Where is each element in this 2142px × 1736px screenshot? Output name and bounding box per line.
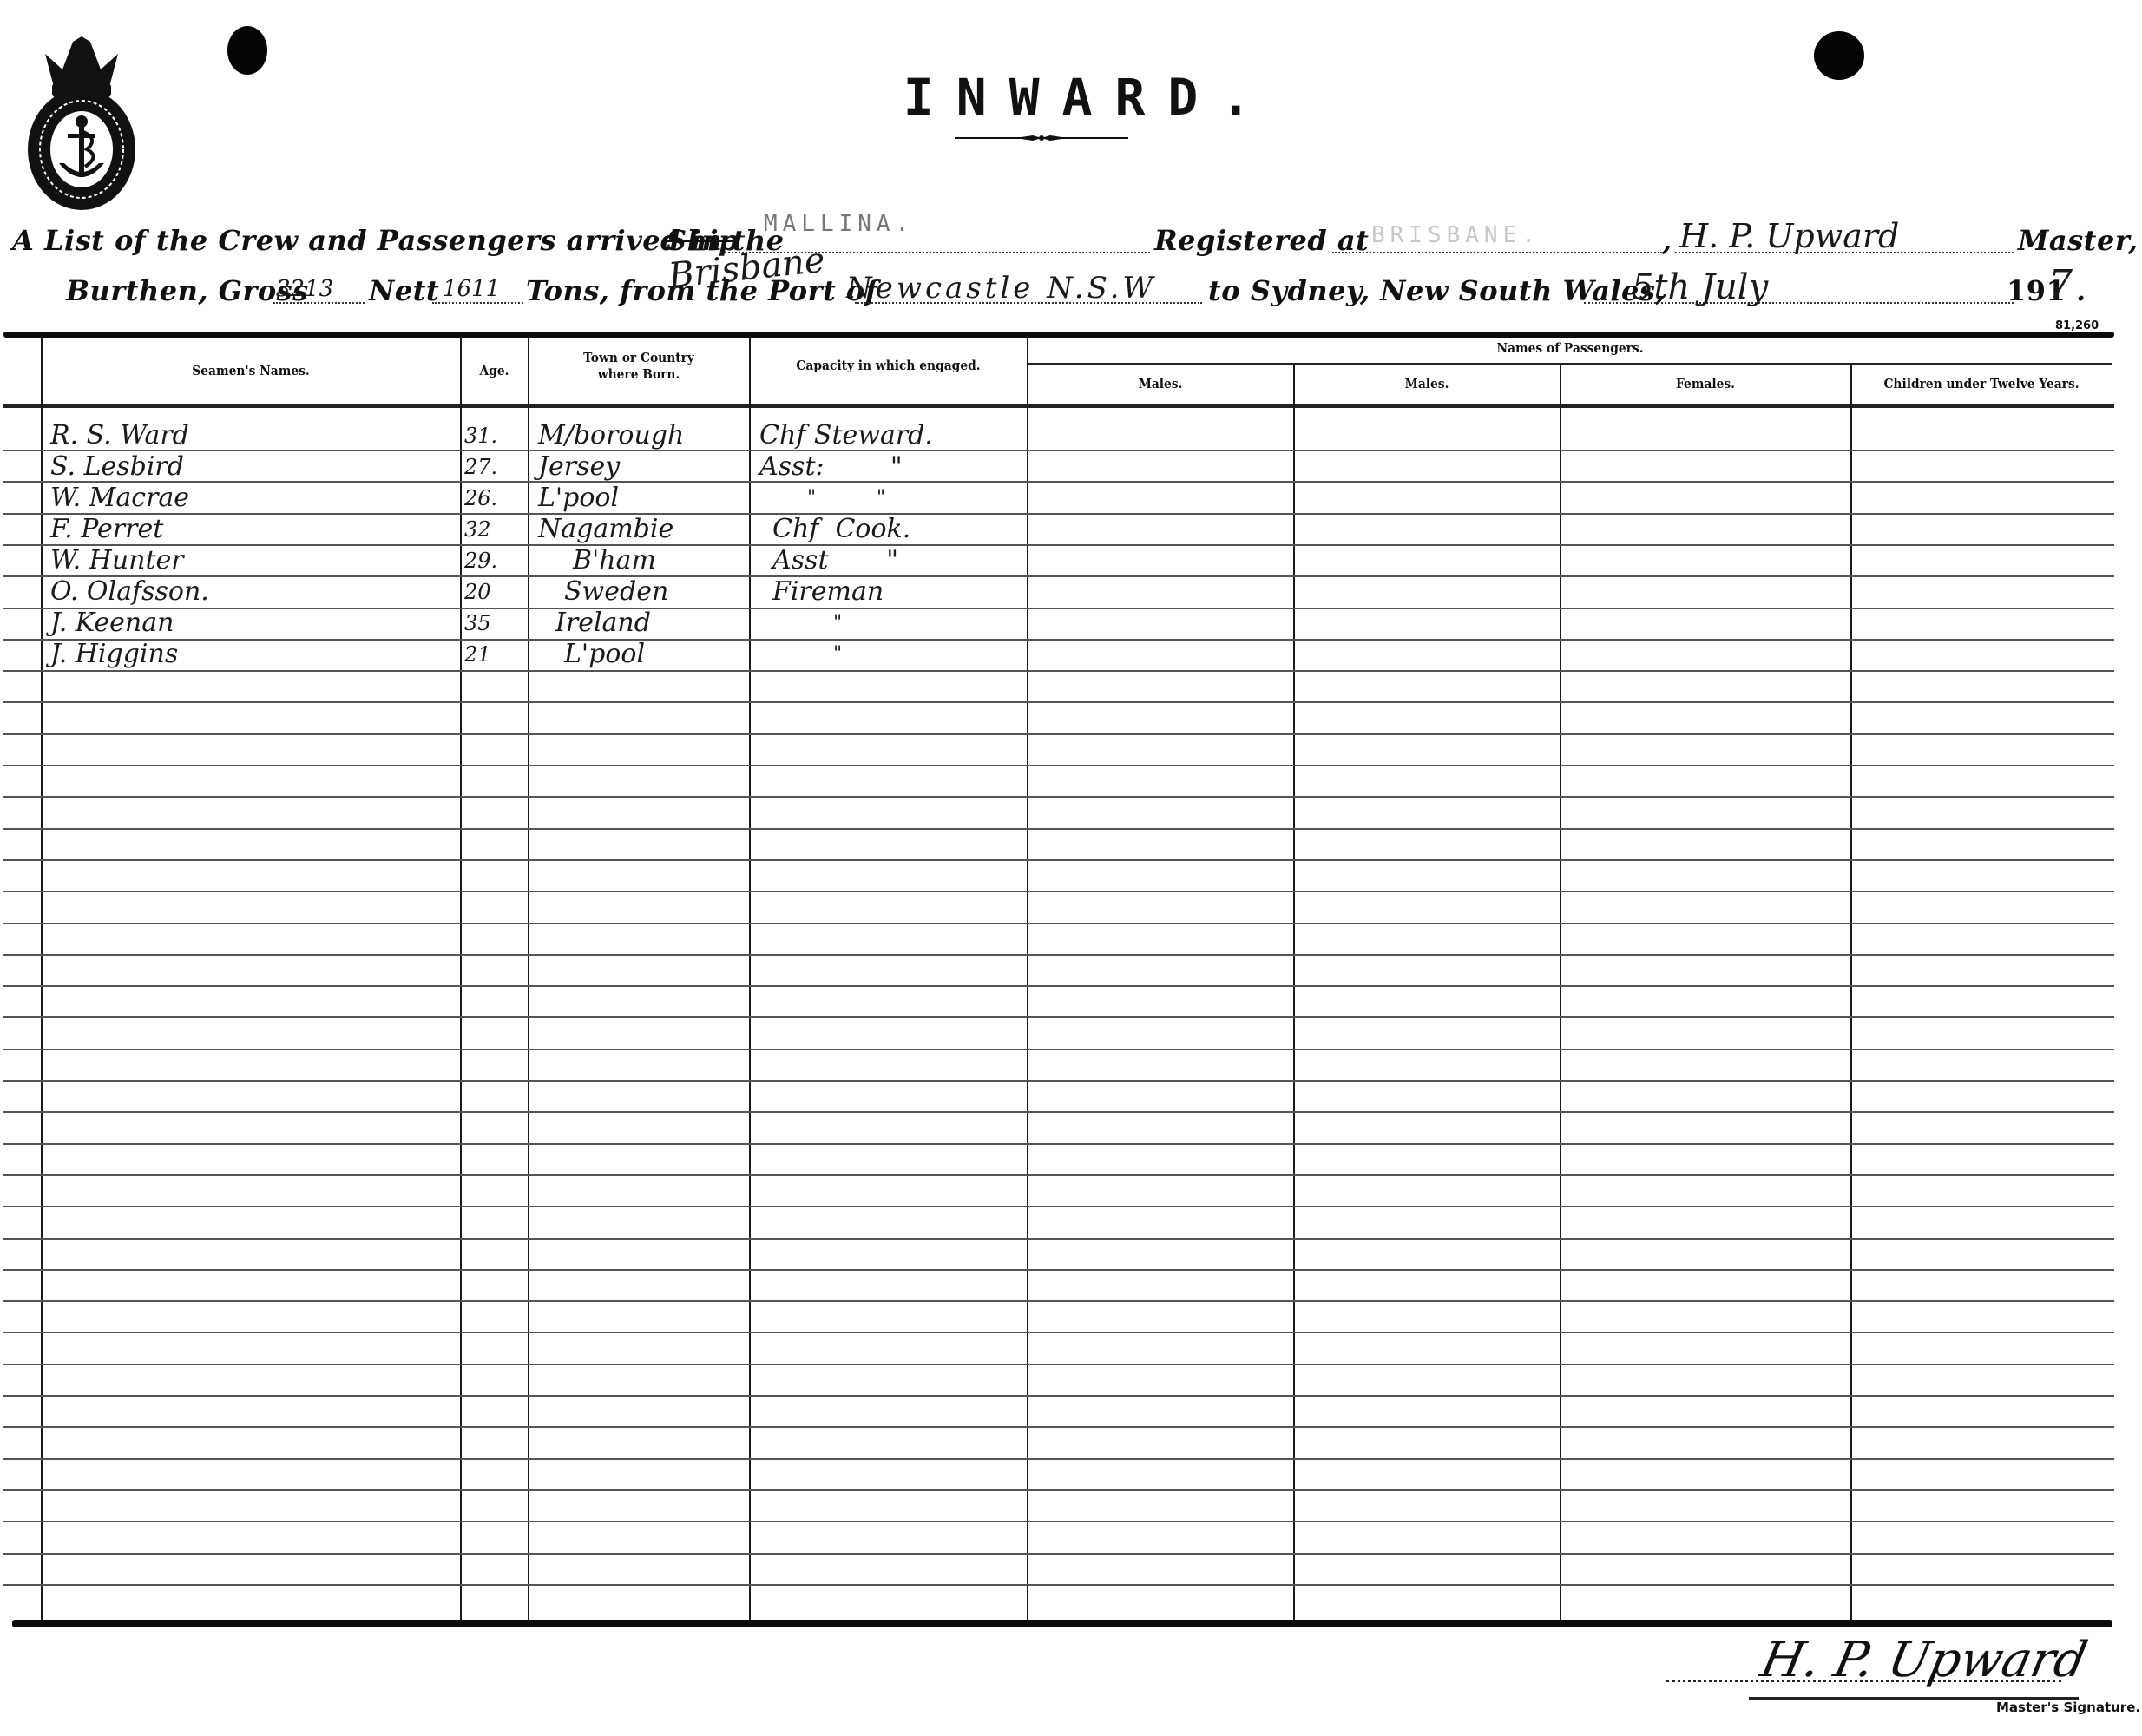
seaman-capacity: " [833, 608, 842, 639]
row-rule [3, 891, 2114, 892]
seaman-birthplace: Sweden [564, 576, 668, 608]
master-signature-label: Master's Signature. [1996, 1700, 2140, 1715]
seaman-name: W. Hunter [50, 545, 184, 576]
row-rule [3, 1143, 2114, 1145]
seaman-name: J. Keenan [50, 608, 174, 639]
seaman-name: W. Macrae [50, 483, 189, 514]
seaman-capacity: Asst: " [759, 451, 903, 483]
row-rule [3, 765, 2114, 766]
seaman-capacity: Chf Steward. [759, 420, 933, 451]
row-rule [3, 670, 2114, 672]
col-line-females [1560, 365, 1561, 1621]
seaman-birthplace: Jersey [538, 451, 620, 483]
row-rule [3, 923, 2114, 924]
nett-label: Nett [369, 274, 439, 307]
col-line-males2 [1293, 365, 1295, 1621]
table-top-rule [3, 332, 2114, 338]
seaman-capacity: Chf Cook. [772, 514, 910, 545]
row-rule [3, 1584, 2114, 1586]
comma: , [1662, 224, 1672, 257]
row-rule [3, 450, 2114, 451]
row-rule [3, 1332, 2114, 1333]
seaman-birthplace: L'pool [564, 639, 645, 670]
header-names-of-passengers: Names of Passengers. [1071, 340, 2069, 357]
registered-port-stamp: BRISBANE. [1371, 222, 1541, 248]
seaman-capacity: Asst " [772, 545, 898, 576]
seaman-capacity: Fireman [772, 576, 884, 608]
row-rule [3, 1458, 2114, 1460]
row-rule [3, 639, 2114, 641]
row-rule [3, 544, 2114, 546]
nett-tons-field-line [432, 302, 523, 304]
seaman-name: R. S. Ward [50, 420, 189, 451]
row-rule [3, 1206, 2114, 1207]
seaman-age: 21 [464, 639, 491, 670]
row-rule [3, 608, 2114, 609]
col-line-born [528, 337, 529, 1621]
header-town-country-1: Town or Country [537, 350, 740, 366]
gross-tons-field-line [273, 302, 365, 304]
seaman-birthplace: Nagambie [538, 514, 673, 545]
col-line-capacity [749, 337, 751, 1621]
row-rule [3, 1049, 2114, 1050]
seaman-name: J. Higgins [50, 639, 178, 670]
row-rule [3, 796, 2114, 798]
header-age: Age. [463, 363, 525, 379]
seaman-birthplace: B'ham [573, 545, 656, 576]
row-rule [3, 733, 2114, 735]
row-rule [3, 1111, 2114, 1113]
header-capacity: Capacity in which engaged. [761, 358, 1015, 374]
nett-tons: 1611 [443, 276, 500, 302]
header-males-1: Males. [1038, 376, 1283, 392]
registered-port-field-line [1332, 252, 1662, 253]
title-ornament-rule [955, 135, 1128, 141]
seaman-age: 35 [464, 608, 491, 639]
burthen-gross-label: Burthen, Gross [66, 274, 309, 307]
col-line-left [41, 337, 43, 1621]
row-rule [3, 1238, 2114, 1240]
row-rule [3, 481, 2114, 483]
form-number: 81,260 [2055, 319, 2099, 332]
col-line-age [460, 337, 462, 1621]
seaman-age: 32 [464, 514, 491, 545]
year-period: . [2076, 274, 2086, 307]
master-label: Master, [2018, 224, 2138, 257]
row-rule [3, 859, 2114, 861]
row-rule [3, 1364, 2114, 1365]
header-females: Females. [1572, 376, 1838, 392]
row-rule [3, 1521, 2114, 1522]
seaman-age: 29. [464, 545, 497, 576]
row-rule [3, 828, 2114, 830]
year-suffix: 7 [2048, 262, 2073, 306]
header-bottom-rule [3, 404, 2114, 408]
seaman-age: 31. [464, 420, 497, 451]
seaman-birthplace: Ireland [555, 608, 651, 639]
seaman-capacity: " [833, 639, 842, 670]
row-rule [3, 1080, 2114, 1082]
form-title: INWARD. [0, 68, 2142, 127]
row-rule [3, 1489, 2114, 1491]
seaman-capacity: " " [807, 483, 885, 514]
seaman-name: O. Olafsson. [50, 576, 209, 608]
row-rule [3, 1300, 2114, 1302]
row-rule [3, 1269, 2114, 1271]
row-rule [3, 1553, 2114, 1555]
header-seamens-names: Seamen's Names. [58, 363, 443, 379]
header-town-country-2: where Born. [537, 366, 740, 383]
seaman-name: F. Perret [50, 514, 163, 545]
row-rule [3, 1174, 2114, 1176]
table-bottom-rule [12, 1620, 2112, 1627]
row-rule [3, 1426, 2114, 1428]
gross-tons: 3213 [276, 276, 333, 302]
row-rule [3, 954, 2114, 956]
seaman-birthplace: L'pool [538, 483, 619, 514]
master-signature: H. P. Upward [1756, 1632, 2092, 1688]
seaman-age: 20 [464, 576, 491, 608]
seaman-age: 27. [464, 451, 497, 483]
row-rule [3, 575, 2114, 577]
header-children: Children under Twelve Years. [1862, 376, 2101, 392]
ship-name-stamp: MALLINA. [764, 211, 914, 237]
seaman-birthplace: M/borough [538, 420, 684, 451]
row-rule [3, 513, 2114, 515]
header-males-2: Males. [1304, 376, 1549, 392]
row-rule [3, 985, 2114, 987]
row-rule [3, 701, 2114, 703]
col-line-children [1850, 365, 1852, 1621]
arrival-date: 5th July [1632, 267, 1768, 307]
seaman-name: S. Lesbird [50, 451, 184, 483]
seaman-age: 26. [464, 483, 497, 514]
tons-from-port-label: Tons, from the Port of [526, 274, 877, 307]
master-name: H. P. Upward [1679, 217, 1899, 255]
row-rule [3, 1016, 2114, 1018]
row-rule [3, 1395, 2114, 1397]
col-line-passengers [1027, 337, 1028, 1621]
from-port: Newcastle N.S.W [846, 271, 1156, 306]
passenger-subheader-rule [1028, 363, 2112, 365]
